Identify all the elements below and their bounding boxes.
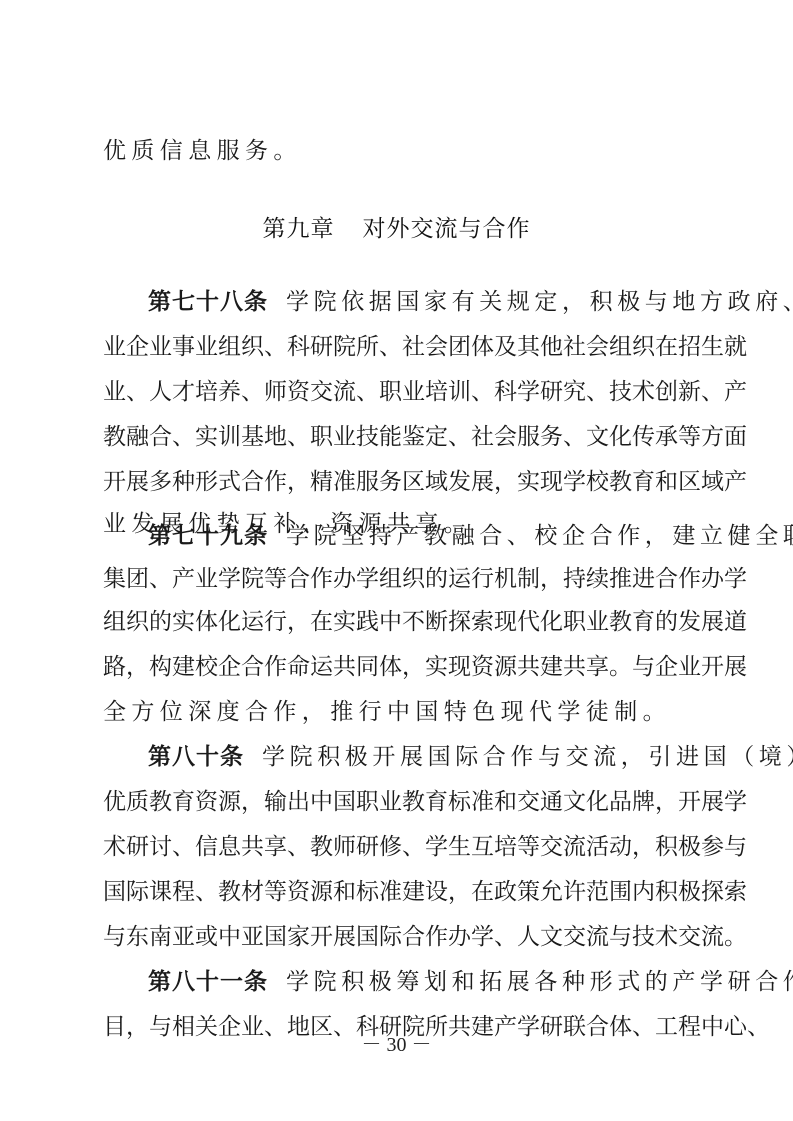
article-78-line-5: 开展多种形式合作，精准服务区域发展，实现学校教育和区域产 bbox=[103, 466, 703, 498]
article-80-heading: 第八十条 bbox=[148, 744, 244, 770]
article-79-heading: 第七十九条 bbox=[148, 523, 268, 549]
chapter-heading: 第九章对外交流与合作 bbox=[0, 213, 793, 245]
article-80-line-2: 优质教育资源，输出中国职业教育标准和交通文化品牌，开展学 bbox=[103, 786, 703, 818]
article-79-line-4: 路，构建校企合作命运共同体，实现资源共建共享。与企业开展 bbox=[103, 651, 703, 683]
article-81-text: 学院积极筹划和拓展各种形式的产学研合作项 bbox=[286, 969, 793, 995]
article-79-text: 学院坚持产教融合、校企合作，建立健全职教 bbox=[286, 523, 793, 549]
article-78-text: 学院依据国家有关规定，积极与地方政府、行 bbox=[286, 289, 793, 315]
article-80-line-5: 与东南亚或中亚国家开展国际合作办学、人文交流与技术交流。 bbox=[103, 921, 703, 953]
article-79-line-5: 全方位深度合作，推行中国特色现代学徒制。 bbox=[103, 696, 703, 728]
article-81-line-1: 第八十一条学院积极筹划和拓展各种形式的产学研合作项 bbox=[103, 966, 703, 998]
article-78-line-3: 业、人才培养、师资交流、职业培训、科学研究、技术创新、产 bbox=[103, 376, 703, 408]
chapter-title: 对外交流与合作 bbox=[363, 216, 531, 242]
article-80-line-1: 第八十条学院积极开展国际合作与交流，引进国（境）外 bbox=[103, 741, 703, 773]
article-80-text: 学院积极开展国际合作与交流，引进国（境）外 bbox=[262, 744, 793, 770]
carryover-text-line: 优质信息服务。 bbox=[103, 135, 703, 167]
article-81-heading: 第八十一条 bbox=[148, 969, 268, 995]
page-number: － 30 － bbox=[0, 1033, 793, 1057]
article-78-line-2: 业企业事业组织、科研院所、社会团体及其他社会组织在招生就 bbox=[103, 331, 703, 363]
article-79-line-2: 集团、产业学院等合作办学组织的运行机制，持续推进合作办学 bbox=[103, 563, 703, 595]
article-78-heading: 第七十八条 bbox=[148, 289, 268, 315]
chapter-number: 第九章 bbox=[263, 216, 335, 242]
article-80-line-4: 国际课程、教材等资源和标准建设，在政策允许范围内积极探索 bbox=[103, 876, 703, 908]
article-78-line-1: 第七十八条学院依据国家有关规定，积极与地方政府、行 bbox=[103, 286, 703, 318]
article-79-line-1: 第七十九条学院坚持产教融合、校企合作，建立健全职教 bbox=[103, 520, 703, 552]
article-78-line-4: 教融合、实训基地、职业技能鉴定、社会服务、文化传承等方面 bbox=[103, 421, 703, 453]
article-80-line-3: 术研讨、信息共享、教师研修、学生互培等交流活动，积极参与 bbox=[103, 831, 703, 863]
document-page: 优质信息服务。 第九章对外交流与合作 第七十八条学院依据国家有关规定，积极与地方… bbox=[0, 0, 793, 1121]
article-79-line-3: 组织的实体化运行，在实践中不断探索现代化职业教育的发展道 bbox=[103, 606, 703, 638]
